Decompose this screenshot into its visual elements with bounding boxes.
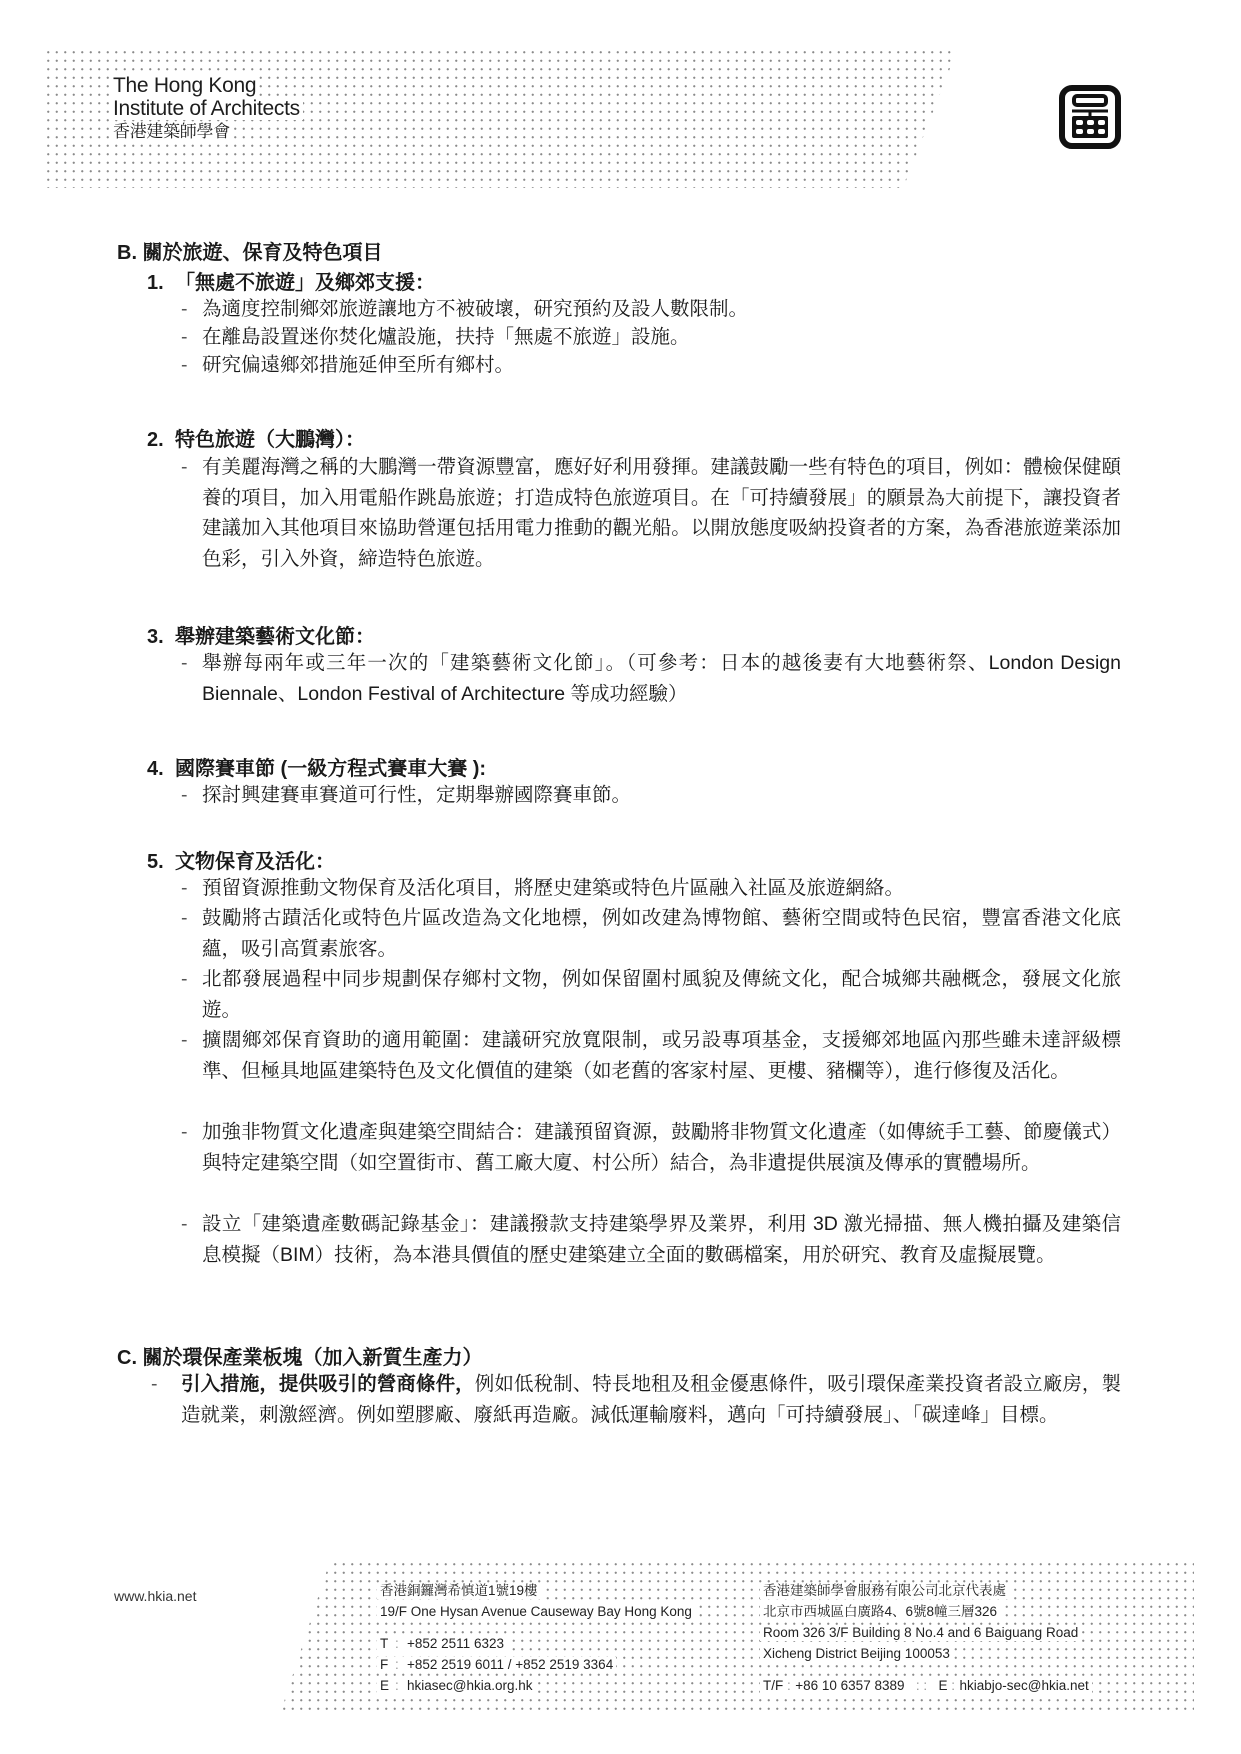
list-item: -鼓勵將古蹟活化或特色片區改造為文化地標，例如改建為博物館、藝術空間或特色民宿，… bbox=[181, 903, 1121, 964]
list-item: -研究偏遠鄉郊措施延伸至所有鄉村。 bbox=[181, 350, 1121, 381]
bullet-dash: - bbox=[181, 322, 199, 353]
bold-lead: 引入措施，提供吸引的營商條件， bbox=[181, 1373, 475, 1395]
item-heading-1: 1.「無處不旅遊」及鄉郊支援： bbox=[147, 266, 435, 295]
list-item: -加強非物質文化遺產與建築空間結合：建議預留資源，鼓勵將非物質文化遺產（如傳統手… bbox=[181, 1117, 1121, 1178]
bullet-dash: - bbox=[181, 1117, 199, 1148]
item-heading-4: 4.國際賽車節 (一級方程式賽車大賽 ): bbox=[147, 752, 486, 781]
list-item: -探討興建賽車賽道可行性，定期舉辦國際賽車節。 bbox=[181, 780, 1121, 811]
item-heading-3: 3.舉辦建築藝術文化節： bbox=[147, 620, 375, 649]
hk-email-link[interactable]: hkiasec@hkia.org.hk bbox=[407, 1678, 533, 1693]
hkia-seal-icon bbox=[1058, 84, 1122, 150]
bullet-dash: - bbox=[181, 964, 199, 995]
bullet-dash: - bbox=[181, 780, 199, 811]
item-number: 4. bbox=[147, 758, 175, 781]
list-item: -北都發展過程中同步規劃保存鄉村文物，例如保留圍村風貌及傳統文化，配合城鄉共融概… bbox=[181, 964, 1121, 1025]
item-title: 特色旅遊（大鵬灣）： bbox=[175, 429, 365, 451]
bullet-dash: - bbox=[181, 452, 199, 483]
item-title: 「無處不旅遊」及鄉郊支援： bbox=[175, 272, 435, 294]
org-name-en-line2: Institute of Architects bbox=[110, 97, 303, 120]
item-title: 國際賽車節 (一級方程式賽車大賽 ): bbox=[175, 758, 486, 780]
bullet-dash: - bbox=[151, 1369, 169, 1400]
item-title: 文物保育及活化： bbox=[175, 851, 335, 873]
bullet-dash: - bbox=[181, 1025, 199, 1056]
bullet-dash: - bbox=[181, 873, 199, 904]
list-item: -設立「建築遺產數碼記錄基金」：建議撥款支持建築學界及業界，利用 3D 激光掃描… bbox=[181, 1209, 1121, 1270]
section-heading-b: B. 關於旅遊、保育及特色項目 bbox=[117, 236, 383, 265]
hk-tel: T:+852 2511 6323 bbox=[377, 1636, 507, 1652]
list-item: -為適度控制鄉郊旅遊讓地方不被破壞，研究預約及設人數限制。 bbox=[181, 294, 1121, 325]
bullet-dash: - bbox=[181, 1209, 199, 1240]
item-heading-2: 2.特色旅遊（大鵬灣）： bbox=[147, 423, 365, 452]
bullet-dash: - bbox=[181, 350, 199, 381]
org-name-zh: 香港建築師學會 bbox=[110, 122, 233, 142]
bj-address-en-line2: Xicheng District Beijing 100053 bbox=[760, 1646, 953, 1662]
item-heading-5: 5.文物保育及活化： bbox=[147, 845, 335, 874]
bj-address-zh: 北京市西城區白廣路4、6號8幢三層326 bbox=[760, 1604, 1000, 1620]
item-number: 3. bbox=[147, 626, 175, 649]
list-item: -引入措施，提供吸引的營商條件，例如低稅制、特長地租及租金優惠條件，吸引環保產業… bbox=[151, 1369, 1121, 1430]
item-number: 2. bbox=[147, 429, 175, 452]
section-heading-c: C. 關於環保產業板塊（加入新質生產力） bbox=[117, 1341, 483, 1370]
footer-website-link[interactable]: www.hkia.net bbox=[114, 1588, 196, 1604]
hk-email: E:hkiasec@hkia.org.hk bbox=[377, 1678, 536, 1694]
bj-address-en-line1: Room 326 3/F Building 8 No.4 and 6 Baigu… bbox=[760, 1625, 1081, 1641]
bj-contact: T/F :+86 10 6357 8389: :E :hkiabjo-sec@h… bbox=[760, 1678, 1092, 1694]
bullet-dash: - bbox=[181, 903, 199, 934]
list-item: -在離島設置迷你焚化爐設施，扶持「無處不旅遊」設施。 bbox=[181, 322, 1121, 353]
bj-office-name: 香港建築師學會服務有限公司北京代表處 bbox=[760, 1583, 1009, 1599]
item-number: 1. bbox=[147, 272, 175, 295]
hk-address-zh: 香港銅鑼灣希慎道1號19樓 bbox=[377, 1583, 541, 1599]
list-item: -預留資源推動文物保育及活化項目，將歷史建築或特色片區融入社區及旅遊網絡。 bbox=[181, 873, 1121, 904]
item-number: 5. bbox=[147, 851, 175, 874]
item-title: 舉辦建築藝術文化節： bbox=[175, 626, 375, 648]
hk-address-en: 19/F One Hysan Avenue Causeway Bay Hong … bbox=[377, 1604, 695, 1620]
bj-email-link[interactable]: hkiabjo-sec@hkia.net bbox=[960, 1678, 1089, 1693]
list-item: -舉辦每兩年或三年一次的「建築藝術文化節」。（可參考：日本的越後妻有大地藝術祭、… bbox=[181, 648, 1121, 709]
list-item: -擴闊鄉郊保育資助的適用範圍：建議研究放寬限制，或另設專項基金，支援鄉郊地區內那… bbox=[181, 1025, 1121, 1086]
bullet-dash: - bbox=[181, 294, 199, 325]
org-name-en-line1: The Hong Kong bbox=[110, 74, 259, 97]
list-item: -有美麗海灣之稱的大鵬灣一帶資源豐富，應好好利用發揮。建議鼓勵一些有特色的項目，… bbox=[181, 452, 1121, 574]
hk-fax: F:+852 2519 6011 / +852 2519 3364 bbox=[377, 1657, 616, 1673]
bullet-dash: - bbox=[181, 648, 199, 679]
